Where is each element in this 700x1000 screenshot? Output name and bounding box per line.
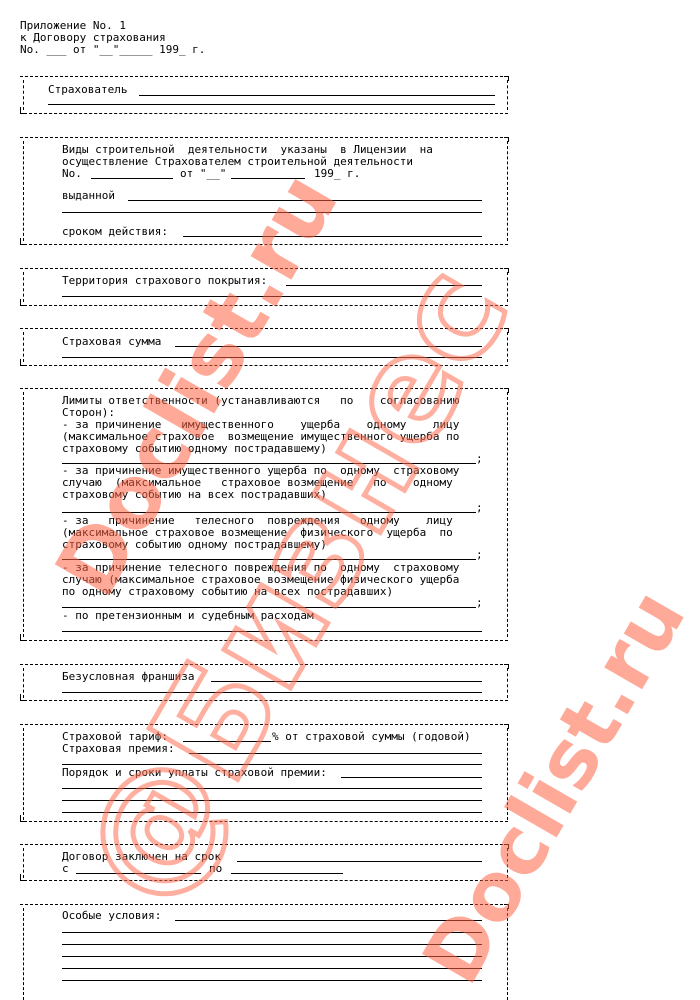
insurer-label: Страхователь [48, 84, 127, 96]
sum-insured-label: Страховая сумма [62, 336, 161, 348]
insurer-field[interactable] [139, 95, 495, 96]
insurer-field-line2[interactable] [48, 104, 495, 105]
payment-terms-field[interactable] [341, 777, 482, 778]
tariff-field[interactable] [183, 741, 271, 742]
territory-field-line2[interactable] [62, 296, 482, 297]
territory-field[interactable] [286, 285, 482, 286]
contract-to-label: по [209, 863, 222, 875]
license-number-field[interactable] [91, 178, 173, 179]
limit-item-4-field[interactable] [62, 607, 476, 608]
limit-item-3-line3: страховому событию одному пострадавшему) [62, 539, 327, 551]
premium-field[interactable] [189, 753, 482, 754]
limits-heading-line1: Лимиты ответственности (устанавливаются … [62, 395, 459, 407]
contract-from-label: с [62, 863, 69, 875]
license-from-label: от "__" [180, 168, 226, 180]
sum-insured-field-line2[interactable] [62, 357, 482, 358]
limit-item-2-field[interactable] [62, 512, 476, 513]
territory-label: Территория страхового покрытия: [62, 275, 267, 287]
special-conditions-label: Особые условия: [62, 910, 161, 922]
appendix-contract-number: No. ___ от "__"_____ 199_ г. [20, 44, 205, 56]
payment-terms-field-line3[interactable] [62, 800, 482, 801]
limit-item-5-field[interactable] [62, 631, 482, 632]
limit-item-5: - по претензионным и судебным расходам [62, 610, 314, 622]
license-no-label: No. [62, 168, 82, 180]
limit-item-1-line3: страховому событию одному пострадавшему) [62, 443, 327, 455]
limit-item-2-terminator: ; [476, 502, 483, 514]
license-text-line2: осуществление Страхователем строительной… [62, 156, 413, 168]
tariff-suffix: % от страховой суммы (годовой) [272, 731, 471, 743]
limit-item-3-terminator: ; [476, 549, 483, 561]
deductible-field-line2[interactable] [62, 692, 482, 693]
contract-term-field[interactable] [237, 861, 482, 862]
license-year-label: 199_ г. [314, 168, 360, 180]
special-conditions-field-line2[interactable] [62, 932, 482, 933]
premium-field-line2[interactable] [62, 764, 482, 765]
special-conditions-field-line3[interactable] [62, 944, 482, 945]
limit-item-1-terminator: ; [476, 453, 483, 465]
license-issued-field-line2[interactable] [62, 212, 482, 213]
special-conditions-field-line6[interactable] [62, 980, 482, 981]
contract-to-field[interactable] [231, 873, 343, 874]
sum-insured-field[interactable] [175, 346, 482, 347]
deductible-label: Безусловная франшиза [62, 671, 194, 683]
license-term-label: сроком действия: [62, 226, 168, 238]
deductible-field[interactable] [211, 681, 482, 682]
premium-label: Страховая премия: [62, 743, 175, 755]
contract-from-field[interactable] [76, 873, 201, 874]
payment-terms-label: Порядок и сроки уплаты страховой премии: [62, 767, 327, 779]
limit-item-2-line3: страховому событию на всех пострадавших) [62, 489, 327, 501]
payment-terms-field-line4[interactable] [62, 812, 482, 813]
limit-item-3-field[interactable] [62, 559, 476, 560]
special-conditions-field[interactable] [175, 920, 482, 921]
special-conditions-field-line4[interactable] [62, 956, 482, 957]
license-issued-label: выданной [62, 190, 115, 202]
payment-terms-field-line2[interactable] [62, 788, 482, 789]
license-date-field[interactable] [231, 178, 305, 179]
license-issued-field[interactable] [128, 200, 482, 201]
limit-item-4-line3: по одному страховому событию на всех пос… [62, 586, 393, 598]
license-term-field[interactable] [183, 236, 482, 237]
limit-item-4-terminator: ; [476, 597, 483, 609]
contract-term-label: Договор заключен на срок [62, 851, 221, 863]
special-conditions-field-line5[interactable] [62, 968, 482, 969]
